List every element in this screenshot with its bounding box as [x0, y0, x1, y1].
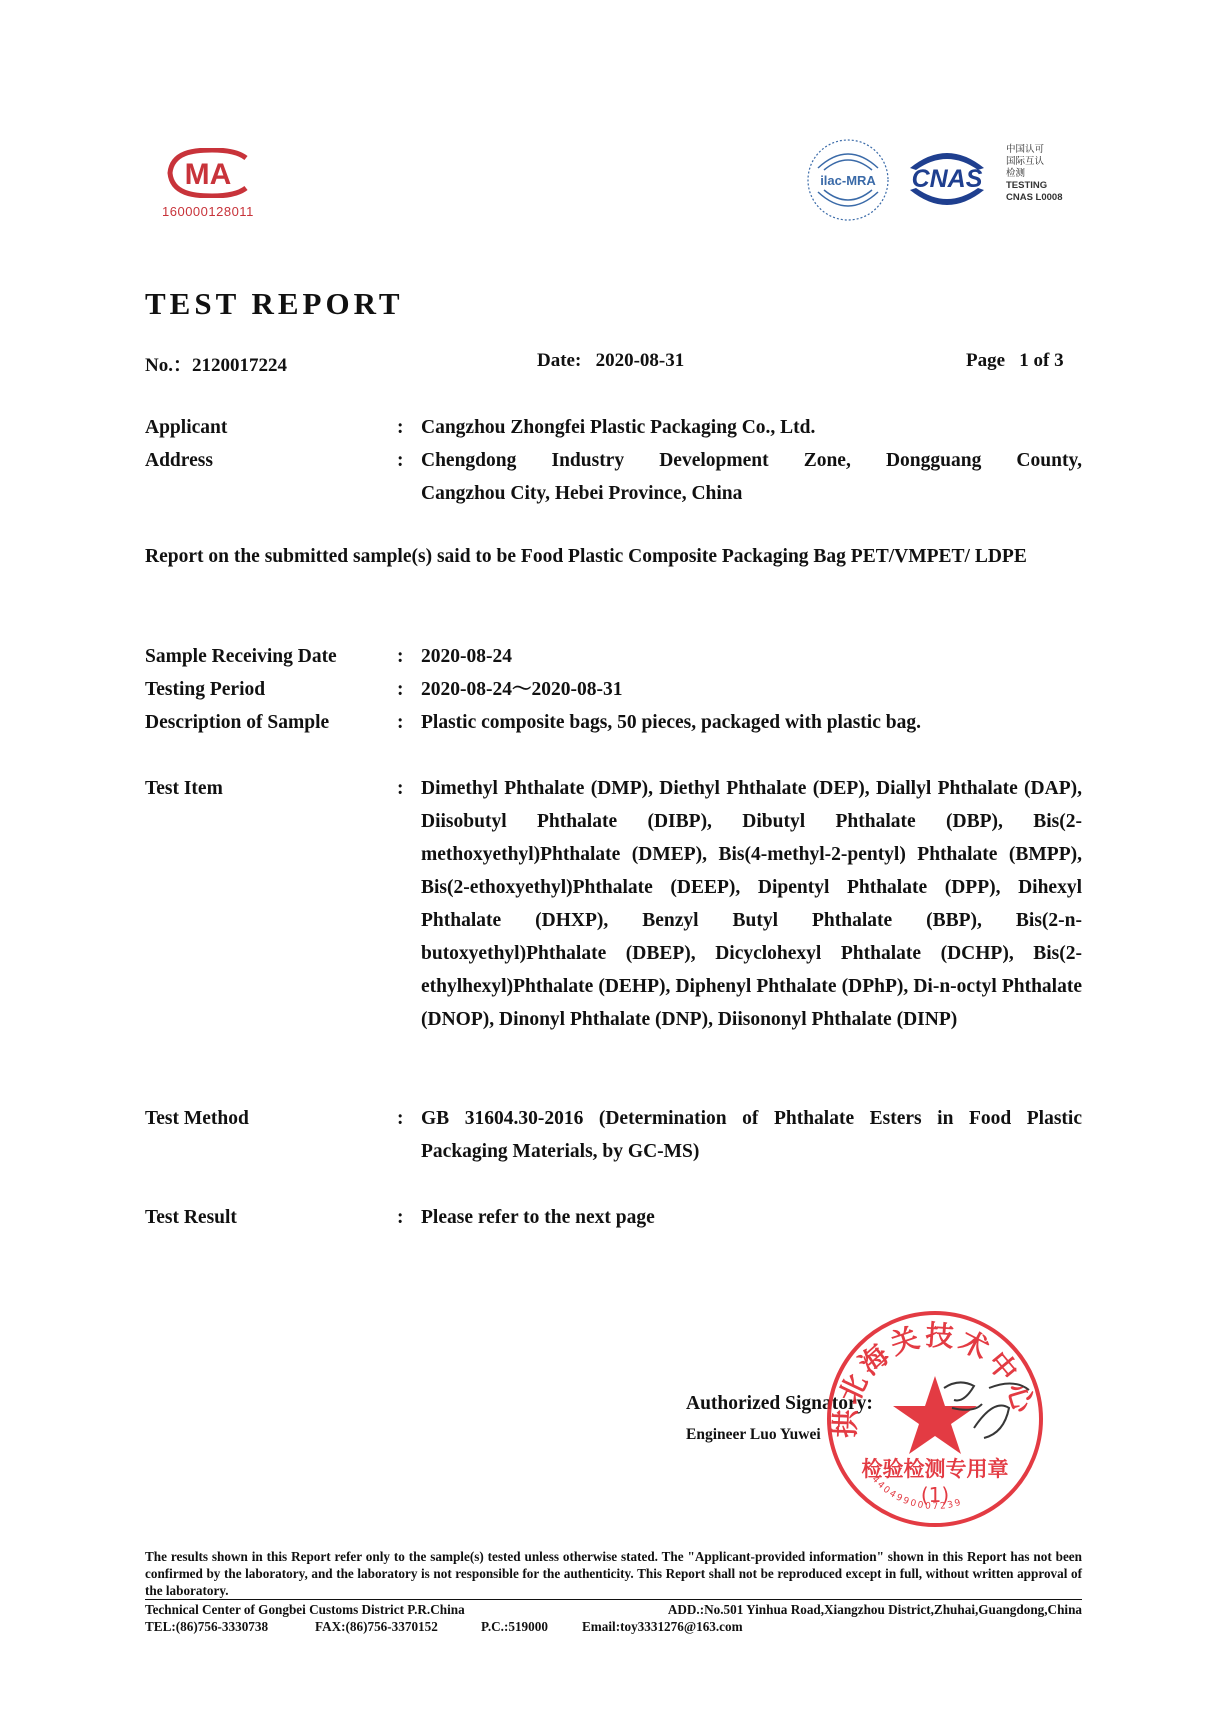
applicant-value: Cangzhou Zhongfei Plastic Packaging Co.,… [421, 411, 1082, 444]
footer-org: Technical Center of Gongbei Customs Dist… [145, 1601, 465, 1618]
field-label: Description of Sample [145, 706, 329, 739]
test-method-label: Test Method [145, 1102, 249, 1135]
page-label: Page [966, 350, 1005, 371]
footer-fax: FAX:(86)756-3370152 [315, 1618, 438, 1635]
cnas-accreditation-text: 中国认可 国际互认 检测 TESTING CNAS L0008 [1006, 144, 1063, 204]
report-subject: Report on the submitted sample(s) said t… [145, 540, 1082, 573]
stamp-bottom-text: 检验检测专用章 [862, 1457, 1009, 1481]
footer-postcode: P.C.:519000 [481, 1618, 548, 1635]
cnas-line: TESTING [1006, 180, 1063, 192]
test-item-value: Dimethyl Phthalate (DMP), Diethyl Phthal… [421, 772, 1082, 1036]
footer-email: Email:toy3331276@163.com [582, 1618, 743, 1635]
colon: : [397, 1201, 404, 1234]
test-method-value: GB 31604.30-2016 (Determination of Phtha… [421, 1102, 1082, 1168]
colon: : [397, 772, 404, 805]
address-line-2: Cangzhou City, Hebei Province, China [421, 477, 1082, 510]
cnas-logo: CNAS [900, 146, 994, 212]
colon: : [397, 411, 404, 444]
test-method-row: Test Method : GB 31604.30-2016 (Determin… [145, 1102, 1082, 1168]
page-indicator: Page 1 of 3 [966, 350, 1064, 372]
report-date-value: 2020-08-31 [596, 350, 685, 371]
field-value: 2020-08-24～2020-08-31 [421, 673, 1082, 706]
report-number-label: No.： [145, 355, 192, 376]
address-label: Address [145, 444, 213, 477]
colon: : [397, 444, 404, 477]
colon: : [397, 1102, 404, 1135]
address-value: Chengdong Industry Development Zone, Don… [421, 444, 1082, 510]
field-row-testing-period: Testing Period : 2020-08-24～2020-08-31 [145, 673, 1082, 706]
colon: : [397, 673, 404, 706]
signatory-name: Engineer Luo Yuwei [686, 1426, 821, 1444]
cnas-line: 中国认可 [1006, 144, 1063, 156]
footer-tel: TEL:(86)756-3330738 [145, 1618, 268, 1635]
footer-divider [145, 1599, 1082, 1600]
ilac-mra-logo: ilac-MRA [806, 138, 890, 222]
report-date-label: Date: [537, 350, 581, 371]
svg-text:MA: MA [185, 158, 232, 191]
cma-logo: MA [166, 148, 258, 198]
field-row-description-of-sample: Description of Sample : Plastic composit… [145, 706, 1082, 739]
cnas-line: 检测 [1006, 168, 1063, 180]
cma-number: 160000128011 [162, 204, 254, 219]
address-row: Address : Chengdong Industry Development… [145, 444, 1082, 510]
test-item-row: Test Item : Dimethyl Phthalate (DMP), Di… [145, 772, 1082, 1069]
report-date: Date: 2020-08-31 [537, 350, 684, 372]
applicant-label: Applicant [145, 411, 227, 444]
cnas-line: 国际互认 [1006, 156, 1063, 168]
disclaimer: The results shown in this Report refer o… [145, 1548, 1082, 1599]
field-value: 2020-08-24 [421, 640, 1082, 673]
field-row-sample-receiving-date: Sample Receiving Date : 2020-08-24 [145, 640, 1082, 673]
test-result-label: Test Result [145, 1201, 237, 1234]
report-number: No.：2120017224 [145, 350, 287, 377]
page-title: TEST REPORT [145, 286, 404, 322]
field-value: Plastic composite bags, 50 pieces, packa… [421, 706, 1082, 739]
address-line-1: Chengdong Industry Development Zone, Don… [421, 444, 1082, 477]
field-label: Sample Receiving Date [145, 640, 337, 673]
field-label: Testing Period [145, 673, 265, 706]
report-number-value: 2120017224 [192, 355, 287, 376]
official-stamp: 拱北海关技术中心 检验检测专用章 (1) 4404990007239 [824, 1308, 1046, 1530]
test-item-label: Test Item [145, 772, 223, 805]
applicant-row: Applicant : Cangzhou Zhongfei Plastic Pa… [145, 411, 1082, 444]
footer-address: ADD.:No.501 Yinhua Road,Xiangzhou Distri… [668, 1601, 1082, 1618]
colon: : [397, 706, 404, 739]
svg-text:CNAS: CNAS [912, 165, 983, 193]
cnas-line: CNAS L0008 [1006, 192, 1063, 204]
svg-text:ilac-MRA: ilac-MRA [820, 173, 876, 188]
test-result-row: Test Result : Please refer to the next p… [145, 1201, 1082, 1234]
test-result-value: Please refer to the next page [421, 1201, 1082, 1234]
page-value: 1 of 3 [1019, 350, 1063, 371]
colon: : [397, 640, 404, 673]
